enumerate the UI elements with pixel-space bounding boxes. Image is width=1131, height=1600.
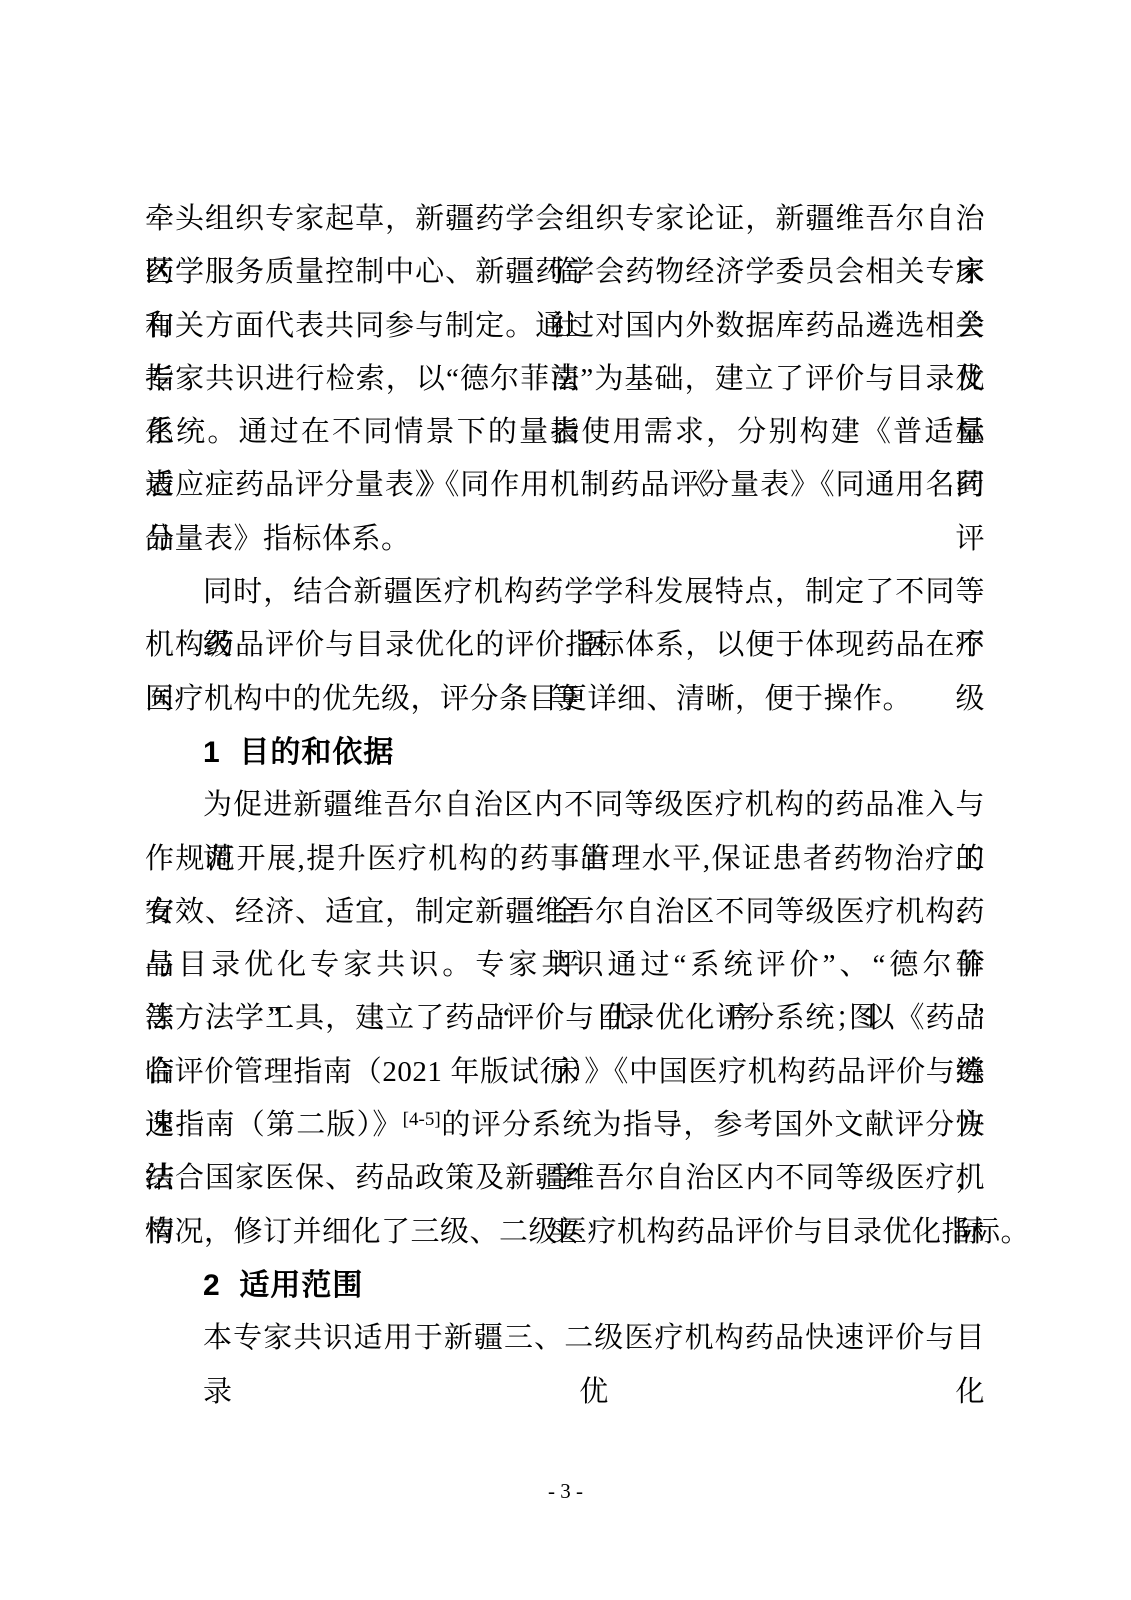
- section-heading: 1 目的和依据: [145, 726, 985, 779]
- text-line: 适应症药品评分量表》《同作用机制药品评分量表》《同通用名药品评: [145, 459, 985, 512]
- page-number: - 3 -: [0, 1478, 1131, 1504]
- text-line: 为促进新疆维吾尔自治区内不同等级医疗机构的药品准入与调出工: [145, 779, 985, 832]
- text-line: 同时，结合新疆医疗机构药学学科发展特点，制定了不同等级医疗: [145, 566, 985, 619]
- paragraph: 为促进新疆维吾尔自治区内不同等级医疗机构的药品准入与调出工作规范开展,提升医疗机…: [145, 779, 985, 1259]
- text-line: 情况，修订并细化了三级、二级医疗机构药品评价与目录优化指标。: [145, 1206, 985, 1259]
- paragraph: 同时，结合新疆医疗机构药学学科发展特点，制定了不同等级医疗机构药品评价与目录优化…: [145, 566, 985, 726]
- text-line: 机构药品评价与目录优化的评价指标体系，以便于体现药品在不同等级: [145, 619, 985, 672]
- text-line: 合评价管理指南（2021 年版试行）》《中国医疗机构药品评价与遴选快: [145, 1046, 985, 1099]
- text-line: 等方法学工具，建立了药品评价与目录优化评分系统；以《药品临床综: [145, 992, 985, 1045]
- text-line: 速指南（第二版）》[4-5]的评分系统为指导，参考国外文献评分方法学，: [145, 1099, 985, 1152]
- text-line: 药学服务质量控制中心、新疆药学会药物经济学委员会相关专家和社会: [145, 246, 985, 299]
- text-segment: 速指南（第二版）》: [145, 1109, 403, 1141]
- text-line: 作规范开展,提升医疗机构的药事管理水平,保证患者药物治疗的安全、: [145, 833, 985, 886]
- citation-superscript: [4-5]: [403, 1109, 441, 1130]
- text-line: 系统。通过在不同情景下的量表使用需求，分别构建《普适量表》《同: [145, 406, 985, 459]
- paragraph: 牵头组织专家起草，新疆药学会组织专家论证，新疆维吾尔自治区临床药学服务质量控制中…: [145, 193, 985, 566]
- section-heading: 2 适用范围: [145, 1259, 985, 1312]
- text-line: 有关方面代表共同参与制定。通过对国内外数据库药品遴选相关指南及: [145, 300, 985, 353]
- text-column: 牵头组织专家起草，新疆药学会组织专家论证，新疆维吾尔自治区临床药学服务质量控制中…: [145, 193, 985, 1366]
- text-line: 有效、经济、适宜，制定新疆维吾尔自治区不同等级医疗机构药品评价: [145, 886, 985, 939]
- text-line: 医疗机构中的优先级，评分条目更详细、清晰，便于操作。: [145, 673, 985, 726]
- text-line: 牵头组织专家起草，新疆药学会组织专家论证，新疆维吾尔自治区临床: [145, 193, 985, 246]
- text-line: 专家共识进行检索，以“德尔菲法”为基础，建立了评价与目录优化指标: [145, 353, 985, 406]
- text-line: 本专家共识适用于新疆三、二级医疗机构药品快速评价与目录优化: [145, 1312, 985, 1365]
- paragraph: 本专家共识适用于新疆三、二级医疗机构药品快速评价与目录优化: [145, 1312, 985, 1365]
- document-page: 牵头组织专家起草，新疆药学会组织专家论证，新疆维吾尔自治区临床药学服务质量控制中…: [0, 0, 1131, 1600]
- text-line: 与目录优化专家共识。专家共识通过“系统评价”、“德尔菲法”、“优序图”: [145, 939, 985, 992]
- text-line: 结合国家医保、药品政策及新疆维吾尔自治区内不同等级医疗机构实际: [145, 1152, 985, 1205]
